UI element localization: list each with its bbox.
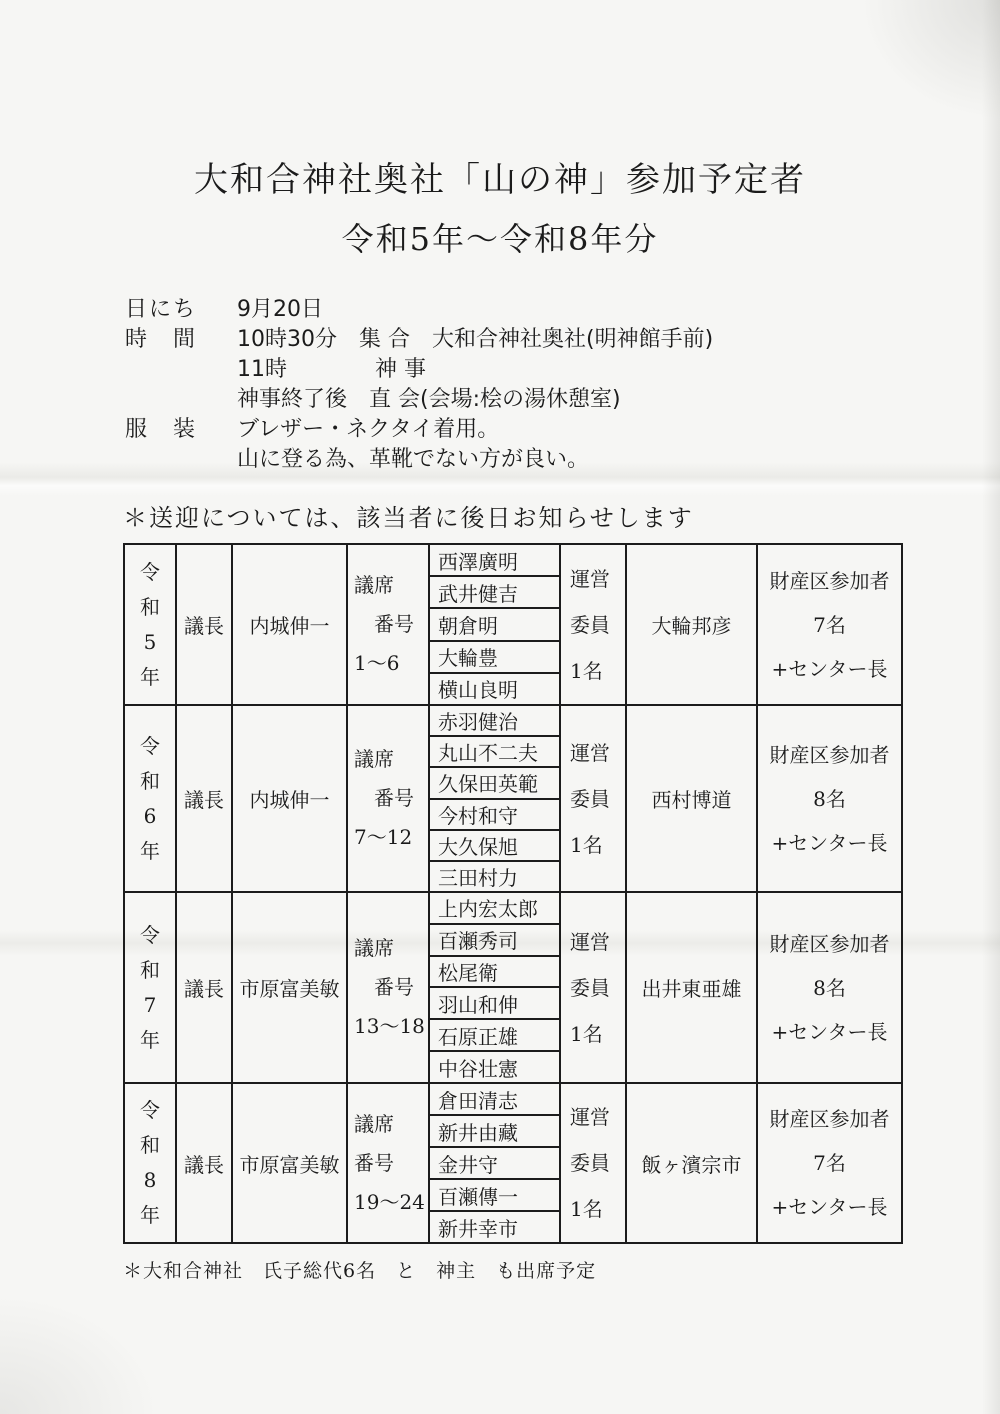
- property-ward-text: 財産区参加者 8名 +センター長: [770, 922, 890, 1054]
- member-name: 新井幸市: [430, 1212, 559, 1242]
- seat-number-cell: 議席 番号 1～6: [348, 545, 430, 704]
- paper-shadow: [982, 0, 1000, 1414]
- table-row-reiwa5: 令 和 5 年 議長 内城伸一 議席 番号 1～6 西澤廣明 武井健吉 朝倉明 …: [125, 545, 901, 704]
- year-text: 令 和 6 年: [140, 729, 160, 869]
- committee-name-cell: 大輪邦彦: [627, 545, 758, 704]
- seat-number-cell: 議席 番号 13～18: [348, 893, 430, 1082]
- info-value: 9月20日: [237, 295, 885, 325]
- info-label: 服 装: [125, 415, 237, 445]
- chair-name-cell: 内城伸一: [233, 706, 348, 891]
- paper-shadow: [0, 1294, 160, 1414]
- member-name: 武井健吉: [430, 577, 559, 609]
- info-row-time3: 神事終了後 直 会(会場:桧の湯休憩室): [125, 385, 885, 415]
- info-label: [125, 445, 237, 475]
- committee-text: 運営 委員 1名: [570, 730, 610, 868]
- committee-cell: 運営 委員 1名: [561, 893, 627, 1082]
- year-text: 令 和 8 年: [140, 1093, 160, 1233]
- committee-text: 運営 委員 1名: [570, 919, 610, 1057]
- members-cell: 倉田清志 新井由藏 金井守 百瀬傳一 新井幸市: [430, 1084, 561, 1242]
- committee-cell: 運営 委員 1名: [561, 545, 627, 704]
- member-name: 丸山不二夫: [430, 737, 559, 768]
- member-name: 三田村力: [430, 862, 559, 891]
- property-ward-cell: 財産区参加者 8名 +センター長: [758, 706, 901, 891]
- seat-number-cell: 議席 番号 7～12: [348, 706, 430, 891]
- table-row-reiwa6: 令 和 6 年 議長 内城伸一 議席 番号 7～12 赤羽健治 丸山不二夫 久保…: [125, 704, 901, 891]
- member-name: 今村和守: [430, 800, 559, 831]
- info-label: [125, 355, 237, 385]
- member-name: 百瀬傳一: [430, 1180, 559, 1212]
- seat-number-text: 議席 番号 1～6: [354, 566, 414, 683]
- member-name: 中谷壮憲: [430, 1052, 559, 1082]
- seat-number-text: 議席 番号 13～18: [354, 929, 425, 1046]
- chair-label-cell: 議長: [177, 1084, 233, 1242]
- property-ward-cell: 財産区参加者 8名 +センター長: [758, 893, 901, 1082]
- info-value: 11時 神 事: [237, 355, 885, 385]
- year-cell: 令 和 8 年: [125, 1084, 177, 1242]
- year-text: 令 和 5 年: [140, 555, 160, 695]
- event-info-block: 日にち 9月20日 時 間 10時30分 集 合 大和合神社奥社(明神館手前) …: [125, 295, 885, 475]
- property-ward-text: 財産区参加者 7名 +センター長: [770, 1097, 890, 1229]
- committee-name-cell: 出井東亜雄: [627, 893, 758, 1082]
- members-cell: 上内宏太郎 百瀬秀司 松尾衛 羽山和伸 石原正雄 中谷壮憲: [430, 893, 561, 1082]
- info-row-time: 時 間 10時30分 集 合 大和合神社奥社(明神館手前): [125, 325, 885, 355]
- members-cell: 赤羽健治 丸山不二夫 久保田英範 今村和守 大久保旭 三田村力: [430, 706, 561, 891]
- document-title: 大和合神社奥社「山の神」参加予定者: [0, 152, 1000, 201]
- member-name: 松尾衛: [430, 957, 559, 989]
- table-row-reiwa8: 令 和 8 年 議長 市原富美敏 議席 番号 19～24 倉田清志 新井由藏 金…: [125, 1082, 901, 1242]
- info-label: [125, 385, 237, 415]
- member-name: 大輪豊: [430, 642, 559, 674]
- year-text: 令 和 7 年: [140, 918, 160, 1058]
- info-label: 日にち: [125, 295, 237, 325]
- participants-table: 令 和 5 年 議長 内城伸一 議席 番号 1～6 西澤廣明 武井健吉 朝倉明 …: [123, 543, 903, 1244]
- member-name: 石原正雄: [430, 1020, 559, 1052]
- info-row-date: 日にち 9月20日: [125, 295, 885, 325]
- member-name: 朝倉明: [430, 609, 559, 641]
- property-ward-cell: 財産区参加者 7名 +センター長: [758, 545, 901, 704]
- seat-number-text: 議席 番号 7～12: [354, 740, 414, 857]
- chair-name-cell: 市原富美敏: [233, 1084, 348, 1242]
- property-ward-text: 財産区参加者 7名 +センター長: [770, 559, 890, 691]
- committee-text: 運営 委員 1名: [570, 556, 610, 694]
- member-name: 上内宏太郎: [430, 893, 559, 925]
- year-cell: 令 和 5 年: [125, 545, 177, 704]
- info-value: 10時30分 集 合 大和合神社奥社(明神館手前): [237, 325, 885, 355]
- info-value: 山に登る為、革靴でない方が良い。: [237, 445, 885, 475]
- info-label: 時 間: [125, 325, 237, 355]
- committee-cell: 運営 委員 1名: [561, 706, 627, 891]
- paper-shadow: [860, 0, 1000, 120]
- member-name: 西澤廣明: [430, 545, 559, 577]
- member-name: 久保田英範: [430, 768, 559, 799]
- member-name: 倉田清志: [430, 1084, 559, 1116]
- transport-notice: ＊送迎については、該当者に後日お知らせします: [123, 498, 694, 533]
- year-cell: 令 和 6 年: [125, 706, 177, 891]
- chair-name-cell: 内城伸一: [233, 545, 348, 704]
- chair-name-cell: 市原富美敏: [233, 893, 348, 1082]
- member-name: 大久保旭: [430, 831, 559, 862]
- committee-text: 運営 委員 1名: [570, 1094, 610, 1232]
- member-name: 羽山和伸: [430, 988, 559, 1020]
- chair-label-cell: 議長: [177, 545, 233, 704]
- chair-label-cell: 議長: [177, 706, 233, 891]
- member-name: 金井守: [430, 1148, 559, 1180]
- seat-number-text: 議席 番号 19～24: [354, 1105, 425, 1222]
- property-ward-cell: 財産区参加者 7名 +センター長: [758, 1084, 901, 1242]
- member-name: 横山良明: [430, 674, 559, 704]
- document-subtitle: 令和5年～令和8年分: [0, 214, 1000, 260]
- committee-name-cell: 西村博道: [627, 706, 758, 891]
- member-name: 赤羽健治: [430, 706, 559, 737]
- chair-label-cell: 議長: [177, 893, 233, 1082]
- scanned-document-page: 大和合神社奥社「山の神」参加予定者 令和5年～令和8年分 日にち 9月20日 時…: [0, 0, 1000, 1414]
- committee-cell: 運営 委員 1名: [561, 1084, 627, 1242]
- members-cell: 西澤廣明 武井健吉 朝倉明 大輪豊 横山良明: [430, 545, 561, 704]
- member-name: 新井由藏: [430, 1116, 559, 1148]
- info-row-time2: 11時 神 事: [125, 355, 885, 385]
- info-row-dress: 服 装 ブレザー・ネクタイ着用。: [125, 415, 885, 445]
- attendance-footnote: ＊大和合神社 氏子総代6名 と 神主 も出席予定: [123, 1256, 596, 1283]
- info-value: ブレザー・ネクタイ着用。: [237, 415, 885, 445]
- seat-number-cell: 議席 番号 19～24: [348, 1084, 430, 1242]
- property-ward-text: 財産区参加者 8名 +センター長: [770, 733, 890, 865]
- committee-name-cell: 飯ヶ濱宗市: [627, 1084, 758, 1242]
- table-row-reiwa7: 令 和 7 年 議長 市原富美敏 議席 番号 13～18 上内宏太郎 百瀬秀司 …: [125, 891, 901, 1082]
- year-cell: 令 和 7 年: [125, 893, 177, 1082]
- info-value: 神事終了後 直 会(会場:桧の湯休憩室): [237, 385, 885, 415]
- member-name: 百瀬秀司: [430, 925, 559, 957]
- info-row-dress2: 山に登る為、革靴でない方が良い。: [125, 445, 885, 475]
